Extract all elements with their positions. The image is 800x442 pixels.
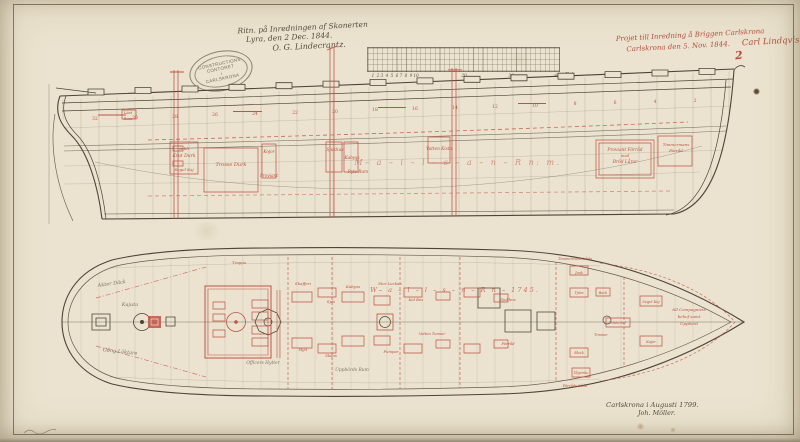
plan-label: Skans bbox=[325, 353, 337, 358]
plan-label: Sjukhus bbox=[500, 297, 515, 302]
plan-label: Timmermans Låda bbox=[558, 256, 592, 261]
red-filled-fitting bbox=[148, 316, 161, 328]
compartment-label: Krut Durk bbox=[171, 153, 195, 159]
compartment-label: Timmermans bbox=[663, 142, 690, 147]
cabin-mast-dot bbox=[234, 320, 238, 324]
station-number: 8 bbox=[574, 101, 577, 107]
pencil-label: Officers Hytter bbox=[246, 361, 280, 366]
station-number: 14 bbox=[452, 105, 458, 111]
plan-label: Beck bbox=[598, 291, 607, 295]
plan-label: Skafferi bbox=[295, 281, 312, 286]
station-number: 2 bbox=[694, 98, 697, 104]
plan-label: Tågvirke bbox=[574, 370, 589, 375]
plan-label: Timmer bbox=[594, 333, 608, 337]
plan-label: behof samt bbox=[678, 314, 701, 319]
plan-label: Kol Box bbox=[408, 297, 425, 302]
station-number: 4 bbox=[654, 99, 657, 105]
plan-label: Hytt bbox=[298, 347, 308, 352]
compartment-label: Trosse Durk bbox=[215, 162, 246, 168]
plan-label: Förråds Låda bbox=[562, 383, 587, 388]
deck-plan-view: Trappa Skafferi Kabyss Spis Stor Luckan … bbox=[62, 248, 744, 397]
station-number: 22 bbox=[292, 110, 298, 116]
plan-label: till Compagniets bbox=[672, 307, 705, 312]
compartment-label: Förråd bbox=[668, 148, 683, 153]
station-number: 6 bbox=[614, 100, 617, 106]
compartment-label: Arkli bbox=[178, 146, 190, 151]
compartment-label: Sjukhus bbox=[327, 147, 344, 152]
stem-head bbox=[734, 66, 745, 70]
pencil-label: Uppbörds Rum bbox=[335, 368, 369, 373]
hull-inscription: M– a – i – l – s – a – n – R n: m. bbox=[353, 158, 561, 167]
station-number: 24 bbox=[252, 111, 258, 117]
pencil-label: Kajuta bbox=[121, 302, 138, 308]
station-number: 12 bbox=[492, 104, 498, 110]
station-number: 10 bbox=[532, 103, 538, 109]
station-number: 18 bbox=[372, 107, 378, 113]
scan-bottom-edge bbox=[0, 438, 800, 442]
capstan-spindle bbox=[140, 320, 144, 324]
compartment-label: Vatten Kista bbox=[426, 146, 452, 151]
profile-view: 32 30 28 26 24 22 20 18 16 14 12 10 8 6 … bbox=[49, 46, 745, 224]
plan-label: Material bbox=[609, 321, 626, 325]
corner-scribble bbox=[24, 429, 56, 434]
plan-inscription: W– a – l – l – s – n – R n – 1745. bbox=[370, 286, 540, 294]
plan-label: Junk bbox=[574, 271, 583, 275]
station-number: 28 bbox=[172, 114, 178, 120]
plan-label: Kojer bbox=[645, 340, 656, 344]
compartment-label: Pyts Rum bbox=[347, 169, 368, 174]
compartment-label: Läst bbox=[123, 110, 133, 115]
compartment-label: Segel Koj bbox=[174, 167, 194, 172]
compartment-label: med bbox=[621, 153, 630, 158]
station-number: 20 bbox=[332, 109, 338, 115]
plan-label: Spis bbox=[327, 299, 335, 304]
plan-label: Block bbox=[573, 351, 584, 355]
compartment-label: Bröd Lårar bbox=[612, 159, 638, 165]
station-number: 32 bbox=[92, 116, 98, 122]
compartment-label: Rum bbox=[123, 116, 133, 121]
plan-label: Tjära bbox=[575, 291, 584, 295]
plan-label: Vatten Tunnor bbox=[419, 332, 445, 336]
compartment-label: Proviant bbox=[259, 173, 278, 178]
plan-label: Segel Koj bbox=[642, 300, 660, 304]
mast-top-marks bbox=[170, 46, 462, 72]
plan-label: Uppbörd bbox=[680, 321, 698, 326]
ship-drawing: 32 30 28 26 24 22 20 18 16 14 12 10 8 6 … bbox=[0, 0, 800, 442]
plan-label: Kabyss bbox=[345, 284, 360, 289]
plan-label: Trappa bbox=[232, 260, 246, 265]
ship-plan-sheet: CONSTRUCTIONS CONTORET i CARLSKRONA Ritn… bbox=[0, 0, 800, 442]
plan-label: Förråd bbox=[500, 341, 515, 346]
station-number: 26 bbox=[212, 112, 218, 118]
station-number: 16 bbox=[412, 106, 418, 112]
compartment-label: Kojor bbox=[262, 149, 275, 154]
plan-label: Pumpar bbox=[382, 349, 398, 354]
station-number: 30 bbox=[132, 115, 138, 121]
